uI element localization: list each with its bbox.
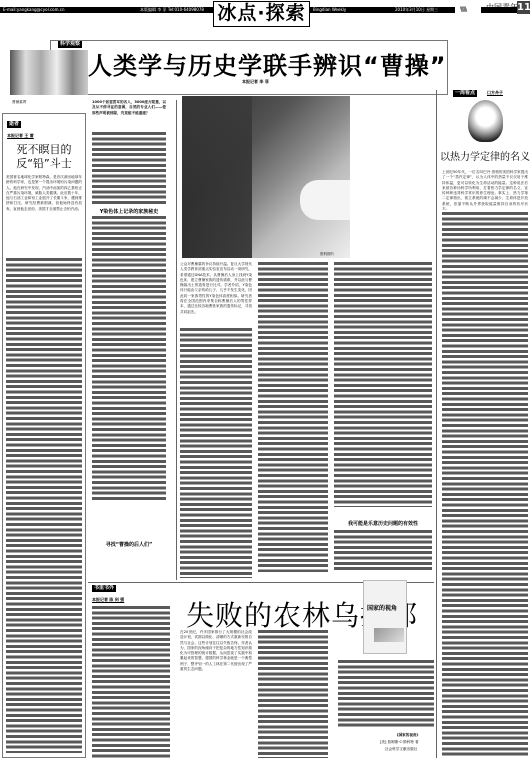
- subhead-history-validity: 我可能是乐意历史问题的有效性: [334, 520, 432, 527]
- left-byline: 本报记者 王 雷: [7, 133, 34, 139]
- bottom-body-col4: [338, 660, 434, 728]
- main-lead-paragraph: 1000个如雷贯耳的名人，3000座方陵墓，以及从不停寻证的意图，自然的专业人们…: [92, 100, 166, 130]
- main-body-col2-continued: [180, 328, 252, 578]
- right-column-rule: [436, 90, 437, 758]
- right-author: 口方舟子: [487, 90, 503, 96]
- book-publisher: 社会科学文献出版社: [385, 747, 417, 752]
- main-body-col4-end: [334, 530, 432, 570]
- bones-photo-caption: 曹操墓葬: [12, 100, 26, 105]
- main-column-tag: 科学观察: [58, 41, 82, 48]
- main-headline: 人类学与历史学联手辨识“曹操”: [88, 46, 447, 81]
- book-cover: 国家的视角: [363, 580, 407, 654]
- bottom-body-col1: [92, 606, 170, 758]
- lab-photo-figure: [182, 96, 252, 258]
- left-article-body: 美国著名地球化学家帕特森，是首次测出地球年龄的科学家，也是第一个提出环境铅污染问…: [6, 175, 82, 255]
- bottom-column-tag: 书里书外: [92, 585, 116, 592]
- left-headline-line1: 死不瞑目的: [4, 143, 84, 156]
- right-article-body-continued: [442, 212, 528, 758]
- main-body-col1-b: [92, 216, 166, 501]
- subhead-y-chromosome: Y染色体上记录的家族秘史: [92, 208, 166, 215]
- book-author: [美] 詹姆斯·C·斯科特 著: [380, 740, 419, 745]
- subhead-caocao-descendants: 寻找“曹操的后人们”: [92, 541, 166, 548]
- main-body-col3: [258, 262, 328, 572]
- bottom-body-col3: [258, 630, 328, 758]
- main-body-col2: 公众对曹操墓的争议持续升温。复旦大学现代人类学教育部重点实验室宣布启动一项研究，…: [180, 262, 252, 326]
- right-column-tag: 一周看点: [453, 90, 477, 97]
- bones-photo: [10, 50, 88, 95]
- header-date: 2010年3月10日 星期三: [395, 7, 438, 13]
- main-body-col1-a: [92, 132, 166, 206]
- page-number: 11: [517, 1, 530, 14]
- bottom-byline: 本报记者 陈 剑 强: [92, 597, 124, 603]
- author-portrait: [468, 100, 503, 142]
- header-editor: 本版编辑 李 菲 Tel:010-64098078: [140, 7, 204, 13]
- book-source: 《国家的视角》: [395, 733, 420, 738]
- main-body-col4: [334, 262, 432, 507]
- book-cover-title: 国家的视角: [367, 603, 406, 612]
- decorative-slashes-icon: \\\\\\: [460, 6, 466, 13]
- weekly-name: Bingdian Weekly: [313, 7, 346, 13]
- bottom-body-col2: 在20世纪，许多国家推行了大规模的社会改造计划，试图以简化、清晰的方式重新安排自…: [180, 630, 252, 758]
- left-article-body-continued: [6, 258, 82, 753]
- column-rule: [176, 100, 177, 580]
- lab-photo-glove: [300, 180, 350, 220]
- left-headline-line2: 反“铅”斗士: [4, 157, 84, 170]
- header-email: E-mail:yangkang@cyol.com.cn: [3, 7, 65, 13]
- right-headline: 以热力学定律的名义: [440, 151, 530, 164]
- right-article-body: 上世纪50年代，一位名叫巴丹·普格的美国科学家提出了一个“蒸汽定律”，认为人体中…: [442, 170, 528, 210]
- left-column-tag: 逝者: [7, 121, 21, 128]
- book-cover-graphic: [374, 628, 404, 642]
- header-gap: [455, 5, 481, 15]
- main-byline: 本报记者 李 菲: [242, 79, 269, 85]
- lab-photo-caption: 资料图片: [320, 252, 334, 257]
- section-title: 冰点·探索: [213, 1, 310, 27]
